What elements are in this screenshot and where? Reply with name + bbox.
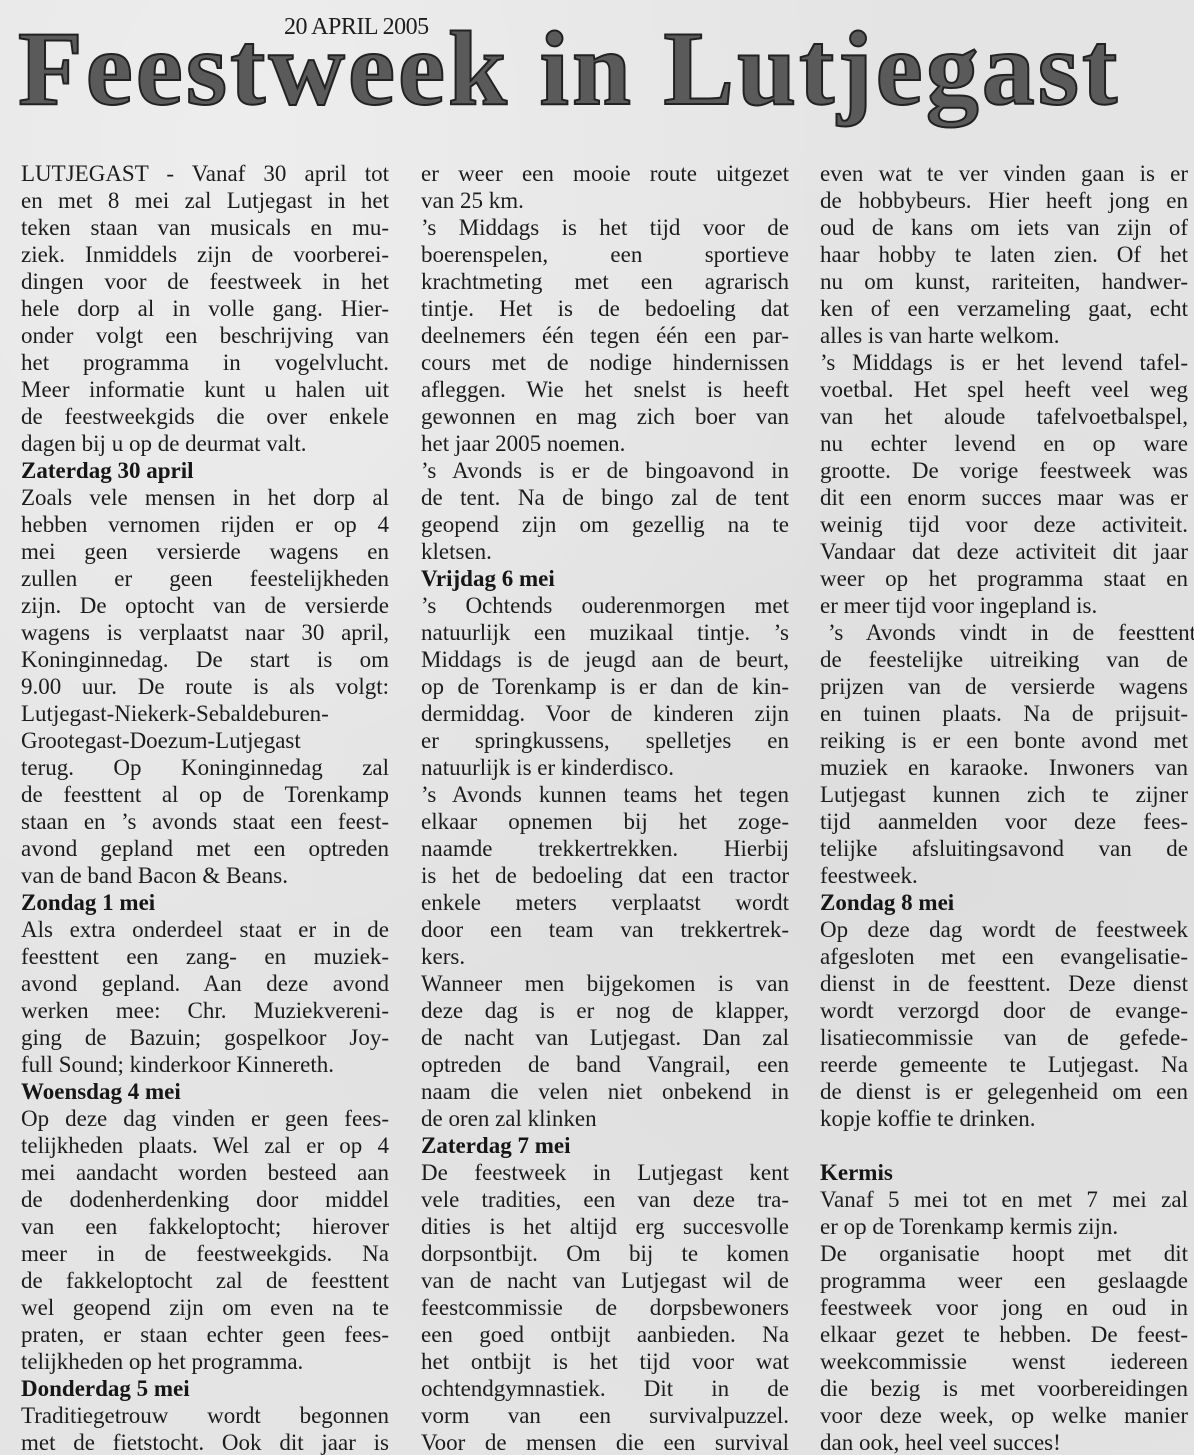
- body-text-line: ’s Middags is er het levend tafel-: [820, 349, 1188, 376]
- body-text-line: Vandaar dat deze activiteit dit jaar: [820, 538, 1188, 565]
- body-text-line: dities is het altijd erg succesvolle: [421, 1213, 789, 1240]
- body-text-line: dermiddag. Voor de kinderen zijn: [421, 700, 789, 727]
- body-text-line: geopend zijn om gezellig na te: [421, 511, 789, 538]
- body-text-line: avond gepland. Aan deze avond: [21, 970, 389, 997]
- body-text-line: De feestweek in Lutjegast kent: [421, 1159, 789, 1186]
- body-text-line: krachtmeting met een agrarisch: [421, 268, 789, 295]
- body-text-line: ziek. Inmiddels zijn de voorberei-: [21, 241, 389, 268]
- body-text-line: natuurlijk een muzikaal tintje. ’s: [421, 619, 789, 646]
- body-text-line: een goed ontbijt aanbieden. Na: [421, 1321, 789, 1348]
- body-text-line: er meer tijd voor ingepland is.: [820, 592, 1188, 619]
- body-text-line: Lutjegast-Niekerk-Sebaldeburen-: [21, 700, 389, 727]
- body-text-line: vele tradities, een van deze tra-: [421, 1186, 789, 1213]
- body-text-line: naamde trekkertrekken. Hierbij: [421, 835, 789, 862]
- body-text-line: door een team van trekkertrek-: [421, 916, 789, 943]
- body-text-line: feestcommissie de dorpsbewoners: [421, 1294, 789, 1321]
- body-text-line: dienst in de feesttent. Deze dienst: [820, 970, 1188, 997]
- body-text-line: Meer informatie kunt u halen uit: [21, 376, 389, 403]
- body-text-line: hele dorp al in volle gang. Hier-: [21, 295, 389, 322]
- body-text-line: tijd aanmelden voor deze fees-: [820, 808, 1188, 835]
- body-text-line: reerde gemeente te Lutjegast. Na: [820, 1051, 1188, 1078]
- section-heading: Donderdag 5 mei: [21, 1375, 389, 1402]
- body-text-line: van 25 km.: [421, 187, 789, 214]
- body-text-line: wel geopend zijn om even na te: [21, 1294, 389, 1321]
- body-text-line: even wat te ver vinden gaan is er: [820, 160, 1188, 187]
- body-text-line: Zoals vele mensen in het dorp al: [21, 484, 389, 511]
- body-text-line: teken staan van musicals en mu-: [21, 214, 389, 241]
- article-column-2: er weer een mooie route uitgezetvan 25 k…: [421, 160, 789, 1455]
- body-text-line: de hobbybeurs. Hier heeft jong en: [820, 187, 1188, 214]
- body-text-line: oud de kans om iets van zijn of: [820, 214, 1188, 241]
- body-text-line: het jaar 2005 noemen.: [421, 430, 789, 457]
- body-text-line: ochtendgymnastiek. Dit in de: [421, 1375, 789, 1402]
- body-text-line: hebben vernomen rijden er op 4: [21, 511, 389, 538]
- body-text-line: feestweek.: [820, 862, 1188, 889]
- body-text-line: feesttent een zang- en muziek-: [21, 943, 389, 970]
- body-text-line: mei aandacht worden besteed aan: [21, 1159, 389, 1186]
- body-text-line: voetbal. Het spel heeft veel weg: [820, 376, 1188, 403]
- body-text-line: onder volgt een beschrijving van: [21, 322, 389, 349]
- body-text-line: ’s Middags is het tijd voor de: [421, 214, 789, 241]
- section-heading: Kermis: [820, 1159, 1188, 1186]
- body-text-line: zullen er geen feestelijkheden: [21, 565, 389, 592]
- body-text-line: boerenspelen, een sportieve: [421, 241, 789, 268]
- body-text-line: de tent. Na de bingo zal de tent: [421, 484, 789, 511]
- body-text-line: haar hobby te laten zien. Of het: [820, 241, 1188, 268]
- body-text-line: terug. Op Koninginnedag zal: [21, 754, 389, 781]
- body-text-line: dorpsontbijt. Om bij te komen: [421, 1240, 789, 1267]
- body-text-line: en tuinen plaats. Na de prijsuit-: [820, 700, 1188, 727]
- body-text-line: Als extra onderdeel staat er in de: [21, 916, 389, 943]
- body-text-line: en met 8 mei zal Lutjegast in het: [21, 187, 389, 214]
- body-text-line: er springkussens, spelletjes en: [421, 727, 789, 754]
- body-text-line: optreden de band Vangrail, een: [421, 1051, 789, 1078]
- body-text-line: met de fietstocht. Ook dit jaar is: [21, 1429, 389, 1455]
- body-text-line: de feestelijke uitreiking van de: [820, 646, 1188, 673]
- body-text-line: van een fakkeloptocht; hierover: [21, 1213, 389, 1240]
- body-text-line: van de band Bacon & Beans.: [21, 862, 389, 889]
- body-text-line: Koninginnedag. De start is om: [21, 646, 389, 673]
- body-text-line: prijzen van de versierde wagens: [820, 673, 1188, 700]
- body-text-line: de fakkeloptocht zal de feesttent: [21, 1267, 389, 1294]
- body-text-line: Lutjegast kunnen zich te zijner: [820, 781, 1188, 808]
- body-text-line: lisatiecommissie van de gefede-: [820, 1024, 1188, 1051]
- body-text-line: afleggen. Wie het snelst is heeft: [421, 376, 789, 403]
- body-text-line: deelnemers één tegen één een par-: [421, 322, 789, 349]
- body-text-line: deze dag is er nog de klapper,: [421, 997, 789, 1024]
- body-text-line: Grootegast-Doezum-Lutjegast: [21, 727, 389, 754]
- body-text-line: feestweek voor jong en oud in: [820, 1294, 1188, 1321]
- body-text-line: dan ook, heel veel succes!: [820, 1429, 1188, 1455]
- body-text-line: alles is van harte welkom.: [820, 322, 1188, 349]
- body-text-line: Op deze dag wordt de feestweek: [820, 916, 1188, 943]
- body-text-line: mei geen versierde wagens en: [21, 538, 389, 565]
- section-heading: Zondag 1 mei: [21, 889, 389, 916]
- body-text-line: enkele meters verplaatst wordt: [421, 889, 789, 916]
- newspaper-clipping: Feestweek in Lutjegast 20 APRIL 2005 LUT…: [0, 0, 1194, 1455]
- body-text-line: kers.: [421, 943, 789, 970]
- body-text-line: dagen bij u op de deurmat valt.: [21, 430, 389, 457]
- body-text-line: van de nacht van Lutjegast wil de: [421, 1267, 789, 1294]
- body-text-line: 9.00 uur. De route is als volgt:: [21, 673, 389, 700]
- section-heading: Zondag 8 mei: [820, 889, 1188, 916]
- body-text-line: nu om kunst, rariteiten, handwer-: [820, 268, 1188, 295]
- body-text-line: cours met de nodige hindernissen: [421, 349, 789, 376]
- body-text-line: Traditiegetrouw wordt begonnen: [21, 1402, 389, 1429]
- body-text-line: vorm van een survivalpuzzel.: [421, 1402, 789, 1429]
- body-text-line: weekcommissie wenst iedereen: [820, 1348, 1188, 1375]
- body-text-line: Voor de mensen die een survival: [421, 1429, 789, 1455]
- body-text-line: er weer een mooie route uitgezet: [421, 160, 789, 187]
- body-text-line: de nacht van Lutjegast. Dan zal: [421, 1024, 789, 1051]
- body-text-line: zijn. De optocht van de versierde: [21, 592, 389, 619]
- body-text-line: er op de Torenkamp kermis zijn.: [820, 1213, 1188, 1240]
- body-text-line: de feestweekgids die over enkele: [21, 403, 389, 430]
- article-column-1: LUTJEGAST - Vanaf 30 april toten met 8 m…: [21, 160, 389, 1455]
- body-text-line: die bezig is met voorbereidingen: [820, 1375, 1188, 1402]
- body-text-line: Op deze dag vinden er geen fees-: [21, 1105, 389, 1132]
- body-text-line: natuurlijk is er kinderdisco.: [421, 754, 789, 781]
- body-text-line: telijkheden op het programma.: [21, 1348, 389, 1375]
- body-text-line: de feesttent al op de Torenkamp: [21, 781, 389, 808]
- publication-date: 20 APRIL 2005: [284, 14, 429, 41]
- body-text-line: gewonnen en mag zich boer van: [421, 403, 789, 430]
- body-text-line: Vanaf 5 mei tot en met 7 mei zal: [820, 1186, 1188, 1213]
- body-text-line: grootte. De vorige feestweek was: [820, 457, 1188, 484]
- body-text-line: nu echter levend en op ware: [820, 430, 1188, 457]
- body-text-line: het programma in vogelvlucht.: [21, 349, 389, 376]
- article-column-3: even wat te ver vinden gaan is erde hobb…: [820, 160, 1188, 1455]
- body-text-line: is het de bedoeling dat een tractor: [421, 862, 789, 889]
- section-heading: Woensdag 4 mei: [21, 1078, 389, 1105]
- body-text-line: avond gepland met een optreden: [21, 835, 389, 862]
- body-text-line: voor deze week, op welke manier: [820, 1402, 1188, 1429]
- body-text-line: kopje koffie te drinken.: [820, 1105, 1188, 1132]
- body-text-line: op de Torenkamp is er dan de kin-: [421, 673, 789, 700]
- body-text-line: dingen voor de feestweek in het: [21, 268, 389, 295]
- body-text-line: werken mee: Chr. Muziekvereni-: [21, 997, 389, 1024]
- section-heading: Zaterdag 7 mei: [421, 1132, 789, 1159]
- body-text-line: Middags is de jeugd aan de beurt,: [421, 646, 789, 673]
- body-text-line: praten, er staan echter geen fees-: [21, 1321, 389, 1348]
- body-text-line: ’s Avonds kunnen teams het tegen: [421, 781, 789, 808]
- body-text-line: naam die velen niet onbekend in: [421, 1078, 789, 1105]
- paragraph-spacer: [820, 1132, 1188, 1159]
- article-headline: Feestweek in Lutjegast: [18, 16, 1120, 122]
- body-text-line: kletsen.: [421, 538, 789, 565]
- body-text-line: reiking is er een bonte avond met: [820, 727, 1188, 754]
- body-text-line: full Sound; kinderkoor Kinnereth.: [21, 1051, 389, 1078]
- body-text-line: het ontbijt is het tijd voor wat: [421, 1348, 789, 1375]
- body-text-line: elkaar opnemen bij het zoge-: [421, 808, 789, 835]
- body-text-line: de dienst is er gelegenheid om een: [820, 1078, 1188, 1105]
- body-text-line: wordt verzorgd door de evange-: [820, 997, 1188, 1024]
- body-text-line: ’s Avonds is er de bingoavond in: [421, 457, 789, 484]
- body-text-line: de dodenherdenking door middel: [21, 1186, 389, 1213]
- body-text-line: staan en ’s avonds staat een feest-: [21, 808, 389, 835]
- body-text-line: LUTJEGAST - Vanaf 30 april tot: [21, 160, 389, 187]
- body-text-line: afgesloten met een evangelisatie-: [820, 943, 1188, 970]
- section-heading: Vrijdag 6 mei: [421, 565, 789, 592]
- body-text-line: meer in de feestweekgids. Na: [21, 1240, 389, 1267]
- body-text-line: telijke afsluitingsavond van de: [820, 835, 1188, 862]
- body-text-line: van het aloude tafelvoetbalspel,: [820, 403, 1188, 430]
- body-text-line: wagens is verplaatst naar 30 april,: [21, 619, 389, 646]
- body-text-line: programma weer een geslaagde: [820, 1267, 1188, 1294]
- body-text-line: weinig tijd voor deze activiteit.: [820, 511, 1188, 538]
- body-text-line: ’s Avonds vindt in de feesttent: [820, 619, 1194, 646]
- body-text-line: ken of een verzameling gaat, echt: [820, 295, 1188, 322]
- body-text-line: dit een enorm succes maar was er: [820, 484, 1188, 511]
- body-text-line: elkaar gezet te hebben. De feest-: [820, 1321, 1188, 1348]
- body-text-line: muziek en karaoke. Inwoners van: [820, 754, 1188, 781]
- body-text-line: ’s Ochtends ouderenmorgen met: [421, 592, 789, 619]
- body-text-line: de oren zal klinken: [421, 1105, 789, 1132]
- section-heading: Zaterdag 30 april: [21, 457, 389, 484]
- body-text-line: tintje. Het is de bedoeling dat: [421, 295, 789, 322]
- body-text-line: telijkheden plaats. Wel zal er op 4: [21, 1132, 389, 1159]
- body-text-line: weer op het programma staat en: [820, 565, 1188, 592]
- body-text-line: Wanneer men bijgekomen is van: [421, 970, 789, 997]
- body-text-line: De organisatie hoopt met dit: [820, 1240, 1188, 1267]
- body-text-line: ging de Bazuin; gospelkoor Joy-: [21, 1024, 389, 1051]
